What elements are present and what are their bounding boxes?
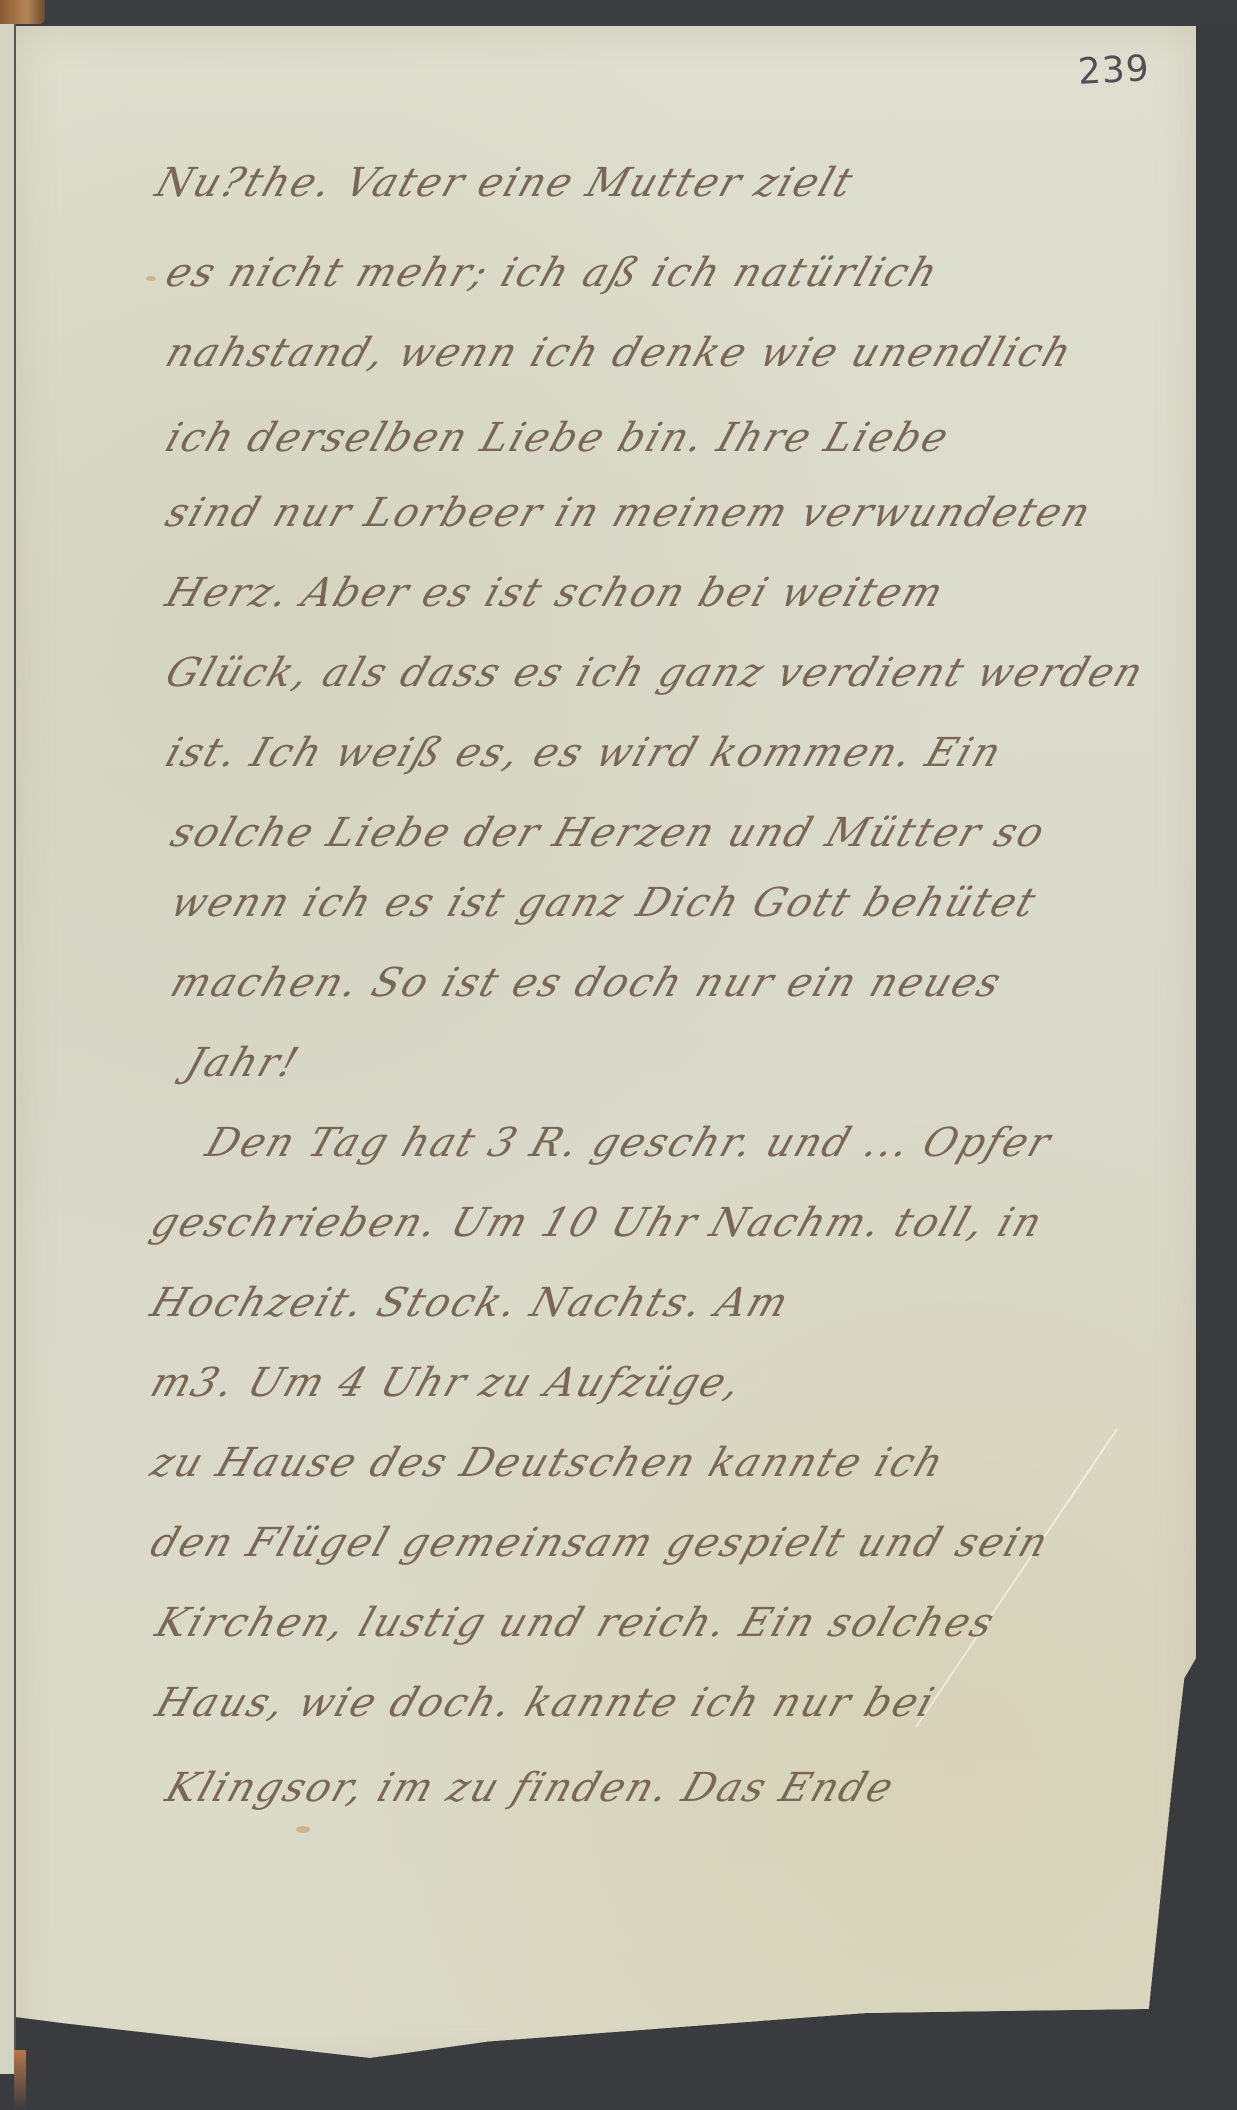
text-line: wenn ich es ist ganz Dich Gott behütet [165, 880, 1043, 926]
text-line: geschrieben. Um 10 Uhr Nachm. toll, in [145, 1200, 1049, 1246]
text-line: zu Hause des Deutschen kannte ich [145, 1440, 951, 1486]
text-line: Hochzeit. Stock. Nachts. Am [145, 1280, 796, 1326]
text-line: ist. Ich weiß es, es wird kommen. Ein [160, 730, 1008, 776]
text-line: Den Tag hat 3 R. geschr. und ... Opfer [200, 1120, 1058, 1166]
text-line: es nicht mehr; ich aß ich natürlich [160, 250, 945, 296]
text-line: Haus, wie doch. kannte ich nur bei [150, 1680, 941, 1726]
text-line: ich derselben Liebe bin. Ihre Liebe [160, 415, 956, 461]
text-line: Nu?the. Vater eine Mutter zielt [150, 160, 860, 206]
text-line: machen. So ist es doch nur ein neues [165, 960, 1008, 1006]
text-line: Jahr! [180, 1040, 306, 1086]
text-line: Glück, als dass es ich ganz verdient wer… [160, 650, 1150, 696]
text-line: Kirchen, lustig und reich. Ein solches [150, 1600, 1001, 1646]
text-line: Klingsor, im zu finden. Das Ende [160, 1765, 901, 1811]
manuscript-text: Nu?the. Vater eine Mutter zielt es nicht… [0, 0, 1237, 2110]
text-line: den Flügel gemeinsam gespielt und sein [145, 1520, 1055, 1566]
text-line: Herz. Aber es ist schon bei weitem [160, 570, 951, 616]
text-line: sind nur Lorbeer in meinem verwundeten [160, 490, 1098, 536]
text-line: nahstand, wenn ich denke wie unendlich [160, 330, 1079, 376]
text-line: solche Liebe der Herzen und Mütter so [165, 810, 1052, 856]
text-line: m3. Um 4 Uhr zu Aufzüge, [145, 1360, 748, 1406]
